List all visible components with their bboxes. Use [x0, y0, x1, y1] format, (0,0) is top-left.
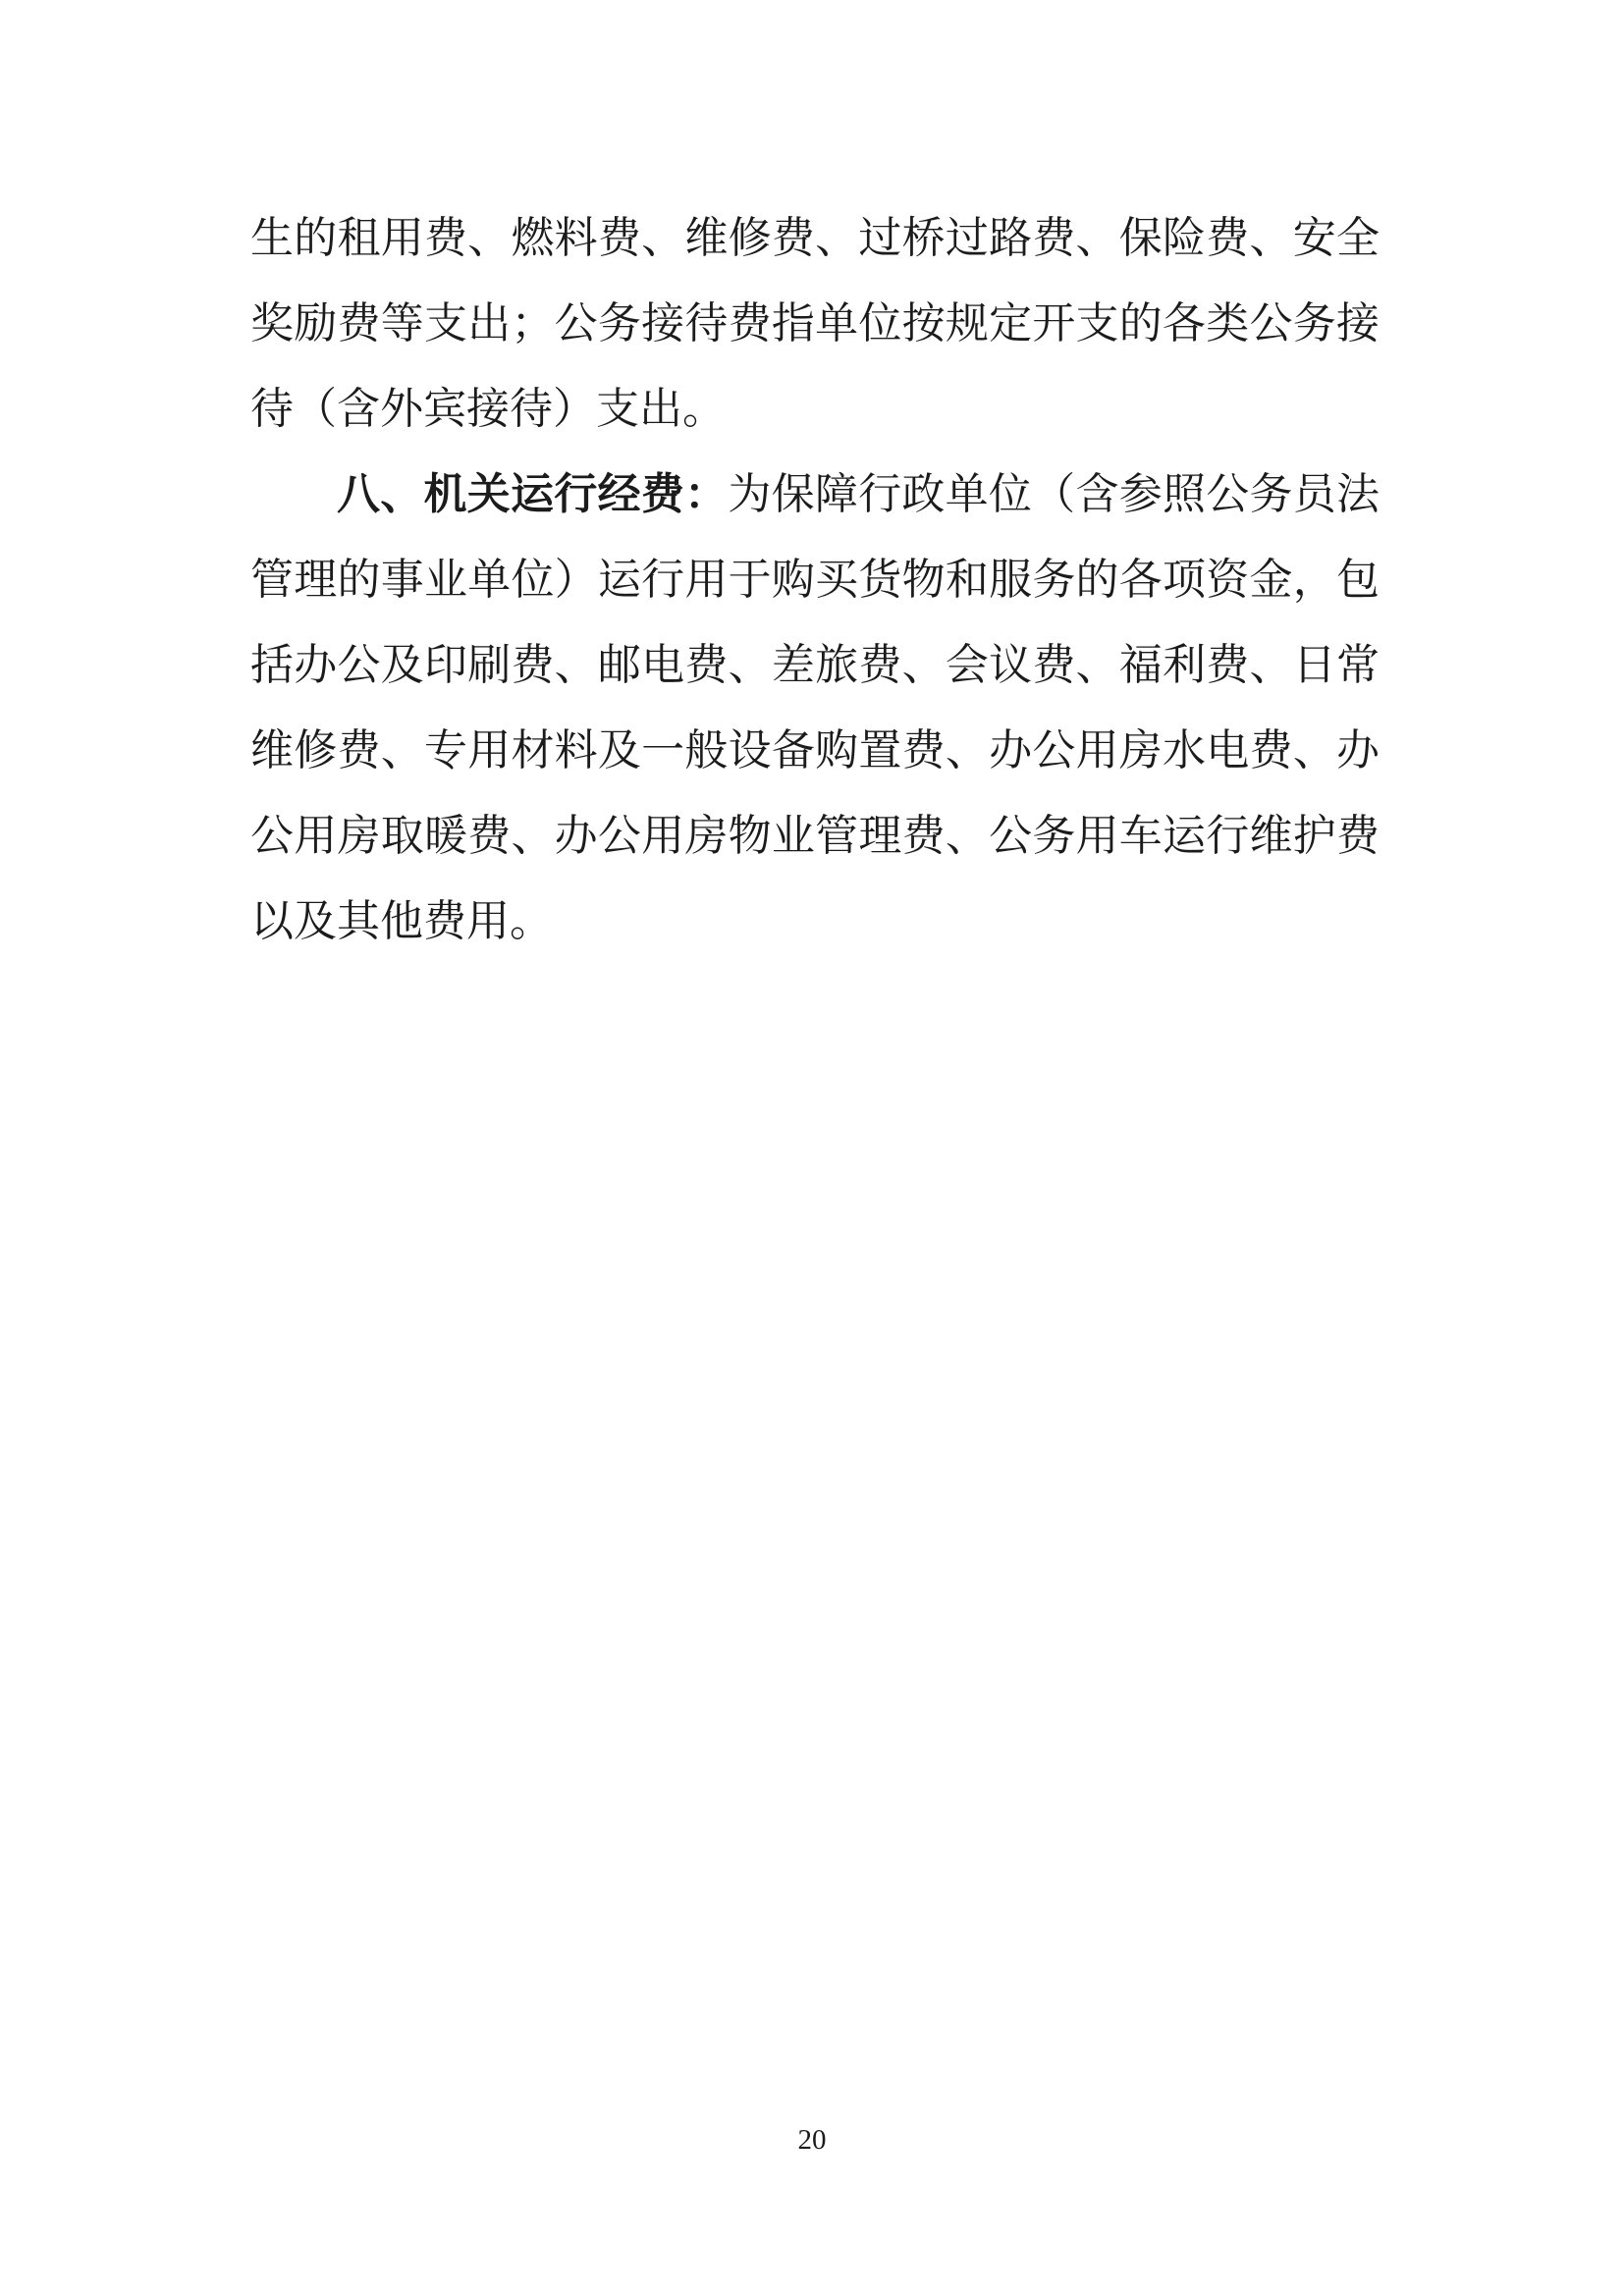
- text-line: 维修费、专用材料及一般设备购置费、办公用房水电费、办: [250, 708, 1380, 793]
- body-text-run: 以及其他费用。: [250, 897, 553, 945]
- text-line: 生的租用费、燃料费、维修费、过桥过路费、保险费、安全: [250, 195, 1380, 281]
- text-line: 八、机关运行经费：为保障行政单位（含参照公务员法: [250, 452, 1380, 537]
- document-page: { "page": { "background": "#ffffff", "te…: [0, 0, 1624, 2296]
- text-line: 待（含外宾接待）支出。: [250, 366, 1380, 452]
- body-text-run: 为保障行政单位（含参照公务员法: [728, 470, 1380, 518]
- page-background: 生的租用费、燃料费、维修费、过桥过路费、保险费、安全奖励费等支出；公务接待费指单…: [0, 0, 1624, 2296]
- body-text-run: 生的租用费、燃料费、维修费、过桥过路费、保险费、安全: [250, 214, 1380, 262]
- text-block: 生的租用费、燃料费、维修费、过桥过路费、保险费、安全奖励费等支出；公务接待费指单…: [250, 195, 1380, 964]
- page-number: 20: [0, 2120, 1624, 2160]
- body-text-run: 管理的事业单位）运行用于购买货物和服务的各项资金，包: [250, 556, 1380, 604]
- body-text-run: 待（含外宾接待）支出。: [250, 385, 726, 433]
- body-text-run: 维修费、专用材料及一般设备购置费、办公用房水电费、办: [250, 726, 1380, 774]
- body-text-run: 括办公及印刷费、邮电费、差旅费、会议费、福利费、日常: [250, 641, 1380, 689]
- text-line: 管理的事业单位）运行用于购买货物和服务的各项资金，包: [250, 537, 1380, 622]
- section-heading-run: 八、机关运行经费：: [337, 470, 728, 518]
- body-text-run: 公用房取暖费、办公用房物业管理费、公务用车运行维护费: [250, 812, 1380, 860]
- text-line: 括办公及印刷费、邮电费、差旅费、会议费、福利费、日常: [250, 622, 1380, 708]
- body-text-run: 奖励费等支出；公务接待费指单位按规定开支的各类公务接: [250, 299, 1380, 347]
- text-line: 奖励费等支出；公务接待费指单位按规定开支的各类公务接: [250, 281, 1380, 366]
- text-line: 公用房取暖费、办公用房物业管理费、公务用车运行维护费: [250, 793, 1380, 879]
- text-line: 以及其他费用。: [250, 879, 1380, 964]
